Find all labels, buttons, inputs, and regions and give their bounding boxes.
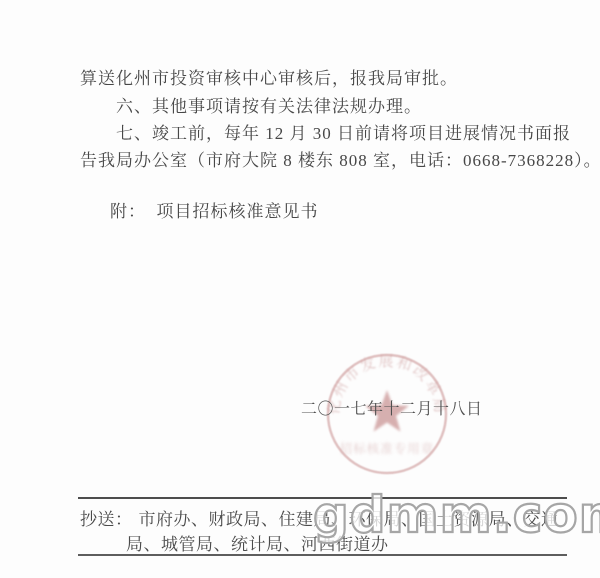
scanned-document-page: 算送化州市投资审核中心审核后，报我局审批。 六、其他事项请按有关法律法规办理。 … [0,0,600,578]
body-line: 七、竣工前，每年 12 月 30 日前请将项目进展情况书面报 [116,119,571,144]
attachment-line: 附： 项目招标核准意见书 [110,197,319,222]
body-line: 告我局办公室（市府大院 8 楼东 808 室，电话：0668-7368228）。 [80,146,600,171]
document-date: 二〇一七年十二月十八日 [301,396,483,419]
cc-label: 抄送： [80,510,133,529]
seal-bottom-text: 招标核准专用章 [340,441,435,456]
body-line: 算送化州市投资审核中心审核后，报我局审批。 [80,64,458,89]
site-watermark: gdmm.com [313,486,600,544]
cc-divider-bottom [78,554,567,556]
body-line: 六、其他事项请按有关法律法规办理。 [116,92,422,117]
